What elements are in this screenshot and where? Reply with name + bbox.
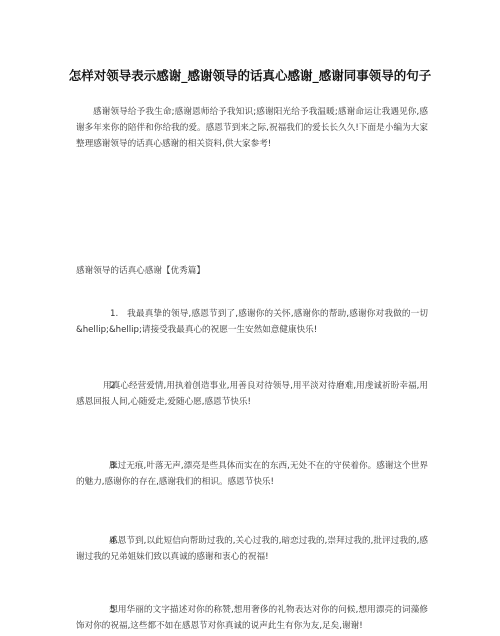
document-title: 怎样对领导表示感谢_感谢领导的话真心感谢_感谢同事领导的句子	[60, 66, 440, 84]
intro-paragraph: 感谢领导给予我生命;感谢恩师给予我知识;感谢阳光给予我温暖;感谢命运让我遇见你,…	[76, 104, 428, 152]
item-number: 5.	[93, 602, 109, 618]
section-heading: 感谢领导的话真心感谢【优秀篇】	[76, 264, 205, 276]
item-text: 感恩节到,以此短信向帮助过我的,关心过我的,暗恋过我的,崇拜过我的,批评过我的,…	[76, 536, 428, 562]
item-text: 想用华丽的文字描述对你的称赞,想用奢侈的礼物表达对你的问候,想用漂亮的词藻修饰对…	[76, 605, 428, 631]
item-number: 3.	[93, 458, 109, 474]
item-text: 我最真挚的领导,感恩节到了,感谢你的关怀,感谢你的帮助,感谢你对我做的一切&he…	[76, 309, 428, 335]
item-number: 2.	[93, 378, 103, 394]
list-item-2: 2.用真心经营爱情,用执着创造事业,用善良对待领导,用平淡对待磨难,用虔诚祈盼幸…	[76, 378, 428, 410]
item-text: 用真心经营爱情,用执着创造事业,用善良对待领导,用平淡对待磨难,用虔诚祈盼幸福,…	[76, 381, 428, 407]
list-item-3: 3.雁过无痕,叶落无声,漂亮是些具体而实在的东西,无处不在的守侯着你。感谢这个世…	[76, 458, 428, 490]
list-item-1: 1.我最真挚的领导,感恩节到了,感谢你的关怀,感谢你的帮助,感谢你对我做的一切&…	[76, 306, 428, 338]
list-item-5: 5.想用华丽的文字描述对你的称赞,想用奢侈的礼物表达对你的问候,想用漂亮的词藻修…	[76, 602, 428, 634]
list-item-4: 4.感恩节到,以此短信向帮助过我的,关心过我的,暗恋过我的,崇拜过我的,批评过我…	[76, 533, 428, 565]
document-page: 怎样对领导表示感谢_感谢领导的话真心感谢_感谢同事领导的句子 感谢领导给予我生命…	[0, 0, 500, 636]
item-number: 1.	[93, 306, 127, 322]
item-text: 雁过无痕,叶落无声,漂亮是些具体而实在的东西,无处不在的守侯着你。感谢这个世界的…	[76, 461, 428, 487]
item-number: 4.	[93, 533, 109, 549]
